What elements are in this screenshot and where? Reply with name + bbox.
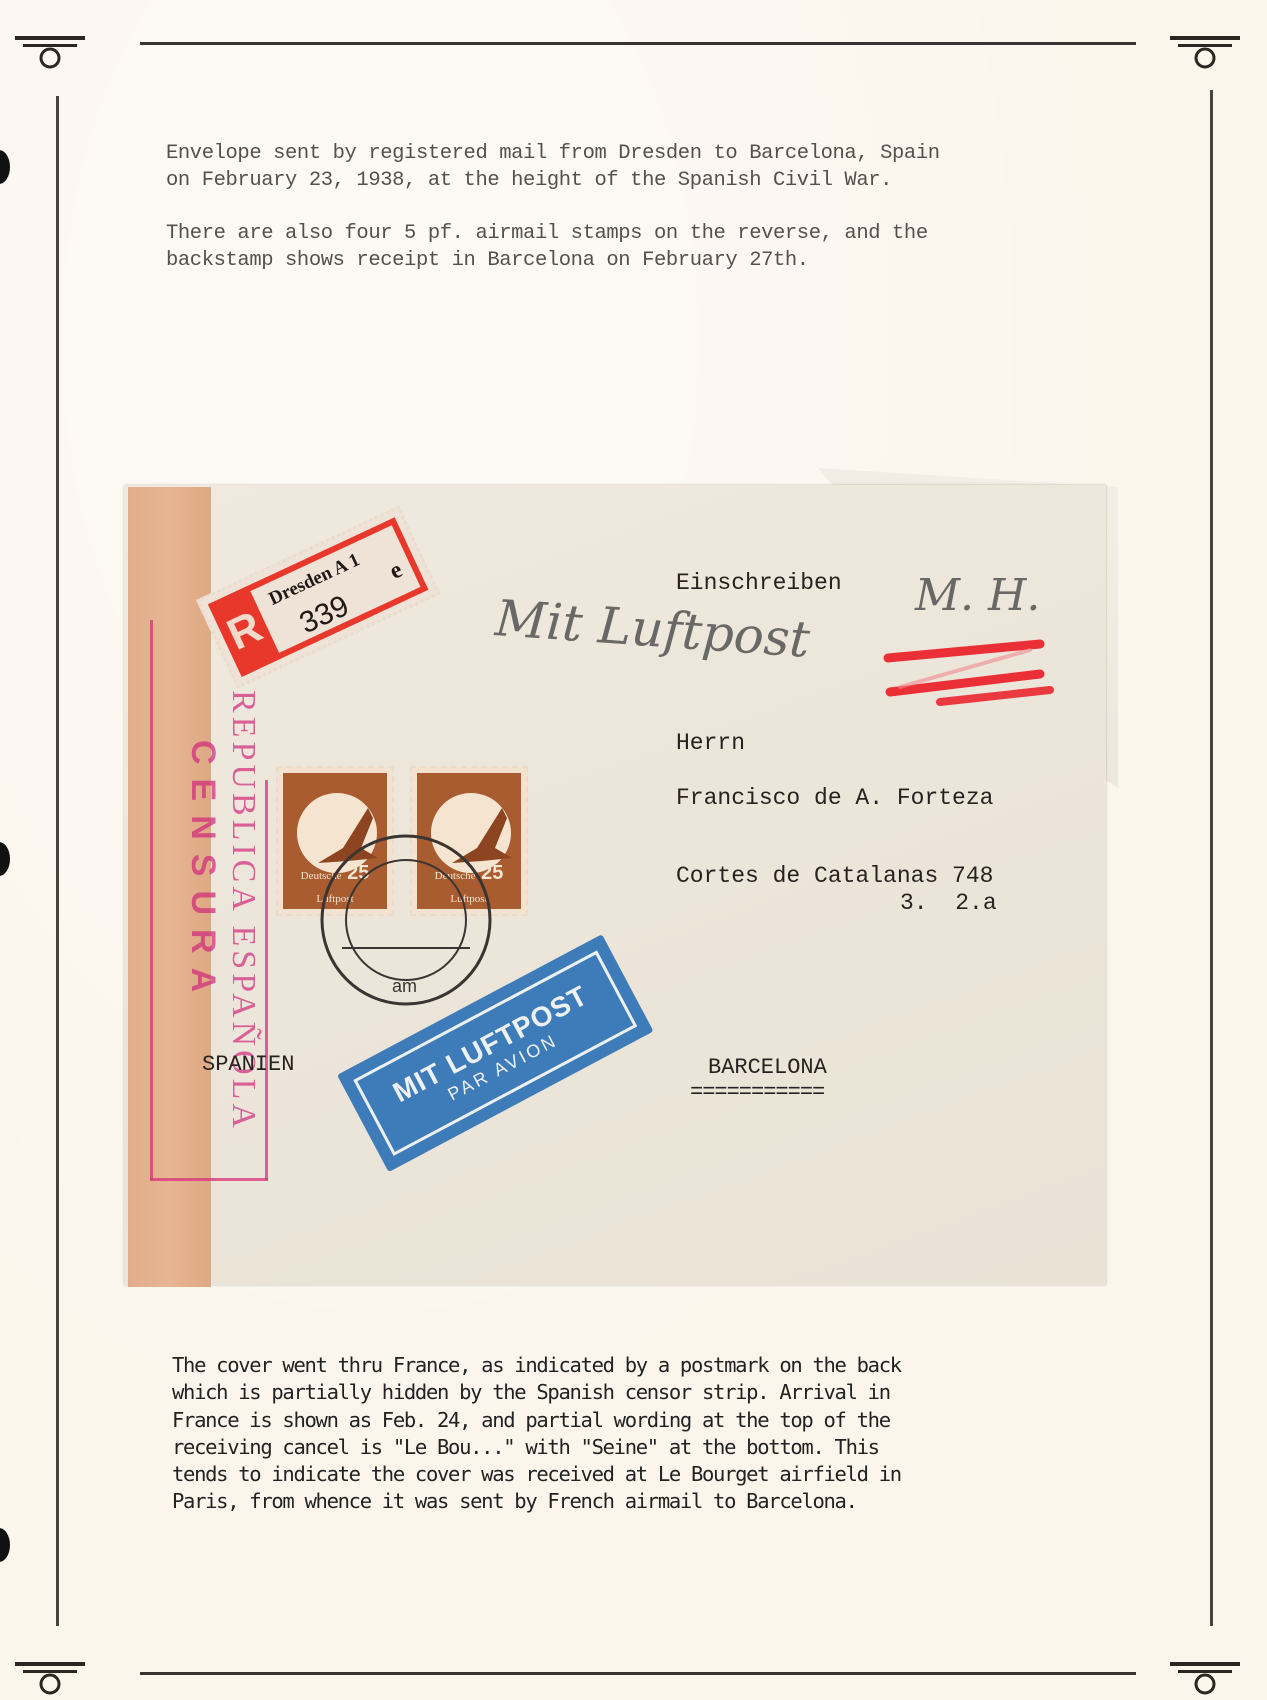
salutation: Herrn [676, 730, 745, 756]
recipient-name: Francisco de A. Forteza [676, 785, 993, 811]
censor-stamp-frame [150, 1178, 268, 1181]
censor-stamp-text: CENSURA [183, 740, 222, 1006]
frame-rule-right [1210, 90, 1213, 1626]
registration-suffix: e [386, 557, 407, 586]
note-paragraph-2: There are also four 5 pf. airmail stamps… [166, 220, 1066, 274]
corner-ornament-icon [5, 1640, 95, 1700]
svg-text:am: am [392, 976, 417, 996]
city-underline: =========== [690, 1080, 824, 1105]
note-paragraph-1: Envelope sent by registered mail from Dr… [166, 140, 1066, 194]
frame-rule-top [140, 42, 1136, 45]
corner-ornament-icon [1160, 14, 1250, 74]
floor-address: 3. 2.a [900, 890, 997, 916]
street-address: Cortes de Catalanas 748 [676, 863, 993, 889]
description-note-top: Envelope sent by registered mail from Dr… [166, 140, 1066, 300]
postmark-cancel: am [312, 830, 500, 1010]
destination-country: SPANIEN [202, 1052, 294, 1077]
handwritten-initials: M. H. [915, 570, 1040, 621]
destination-city: BARCELONA [708, 1055, 827, 1080]
censor-stamp-frame [150, 620, 153, 1180]
censor-stamp-frame [265, 780, 268, 1180]
description-note-bottom: The cover went thru France, as indicated… [172, 1352, 1092, 1516]
service-marking: Einschreiben [676, 570, 842, 596]
corner-ornament-icon [1160, 1640, 1250, 1700]
frame-rule-left [56, 96, 59, 1626]
corner-ornament-icon [5, 14, 95, 74]
frame-rule-bottom [140, 1672, 1136, 1675]
red-crayon-mark [880, 632, 1055, 712]
